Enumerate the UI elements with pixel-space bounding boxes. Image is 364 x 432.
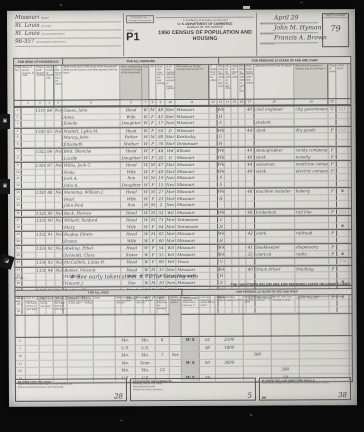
sample-column-header: Money earned in own business or farm in … — [243, 296, 271, 336]
has-job-cell — [239, 259, 246, 265]
looking-for-work-cell — [232, 251, 239, 257]
industry-cell — [295, 195, 329, 201]
naturalized-cell — [210, 237, 218, 243]
hours-worked-cell: 40 — [246, 148, 255, 154]
census-title: 1950 CENSUS OF POPULATION AND HOUSING — [156, 29, 254, 42]
occupation-cell: clerk — [255, 127, 295, 133]
birthplace-cell: Missouri — [176, 245, 210, 251]
age-cell: 45 — [157, 114, 166, 120]
weeks-worked-cell: 50 — [200, 359, 216, 366]
occupation-cell — [255, 201, 295, 207]
veteran-office-cell — [300, 351, 350, 358]
line-number: 15 — [15, 203, 22, 209]
column-header: What is the name of the head of this hou… — [62, 65, 120, 99]
class-of-worker-cell: P — [329, 168, 337, 174]
occupation-cell: stenographer — [255, 147, 295, 153]
sex-cell: F — [150, 120, 157, 126]
wages-income-cell — [216, 367, 244, 374]
sample-column-header: Was he living in this same house a year … — [25, 297, 39, 337]
looking-for-work-cell — [232, 202, 239, 208]
worked-cell — [225, 175, 232, 181]
activity-cell: Wk — [218, 251, 225, 257]
has-job-cell — [239, 154, 246, 160]
hours-worked-cell — [246, 181, 255, 187]
worked-cell — [225, 209, 232, 215]
office-ref-cell — [337, 147, 349, 153]
sex-cell: M — [149, 107, 156, 113]
sample-lines-table: FOR ALL AGES FOR PERSONS 14 YEARS OF AGE… — [14, 288, 352, 384]
looking-for-work-cell — [232, 134, 239, 140]
industry-cell — [295, 133, 329, 139]
column-number: 19 — [294, 99, 328, 104]
industry-cell — [295, 237, 329, 243]
sex-cell: M — [150, 175, 157, 181]
sex-cell: F — [150, 224, 157, 230]
column-number: 4 — [54, 101, 62, 106]
finished-grade-cell: Yes — [170, 352, 182, 359]
farm-cell: No — [55, 232, 63, 238]
looking-for-work-cell — [232, 168, 239, 174]
serial-number-cell — [46, 176, 55, 182]
notes-line: NOTES — # See early taken sheet # 78 for… — [14, 271, 350, 283]
street-cell — [22, 176, 36, 182]
worked-cell — [225, 189, 232, 195]
serial-number-cell — [46, 141, 55, 147]
sex-cell: M — [150, 189, 157, 195]
house-number-cell: 1324 — [36, 163, 46, 169]
house-number-cell: 1320 — [36, 128, 46, 134]
industry-cell: railroad — [295, 230, 329, 236]
house-number-cell — [36, 176, 46, 182]
industry-cell: novelty — [295, 154, 329, 160]
name-cell: Muncy, John — [63, 134, 121, 140]
naturalized-cell — [210, 231, 218, 237]
relationship-cell: Head — [121, 189, 143, 195]
has-job-cell — [239, 140, 246, 146]
worked-cell — [225, 127, 232, 133]
sex-cell: F — [150, 245, 157, 251]
marital-status-cell: Mar — [166, 217, 176, 223]
street-cell — [22, 210, 36, 216]
veteran-office-cell — [300, 366, 350, 373]
relationship-cell: Wife — [121, 238, 143, 244]
race-cell: W — [143, 224, 150, 230]
worked-cell — [225, 202, 232, 208]
line-number: 20 — [15, 238, 22, 244]
worked-cell — [225, 134, 232, 140]
finished-grade-cell — [170, 367, 182, 374]
film-edge-chip — [243, 6, 250, 9]
sex-cell: M — [150, 162, 157, 168]
state-year-ago-cell — [94, 367, 116, 374]
same-house-cell — [26, 345, 40, 352]
age-cell: 48 — [156, 107, 165, 113]
occupation-cell — [255, 174, 295, 180]
birthplace-cell: Missouri — [176, 231, 210, 237]
column-header: Leave blank — [336, 64, 348, 98]
has-job-cell — [239, 245, 246, 251]
occupation-cell: student — [255, 119, 295, 125]
age-cell: 19 — [157, 175, 166, 181]
house-number-cell — [36, 121, 46, 127]
occupation-cell — [255, 237, 295, 243]
enumeration-fields: April 29 (Enumerated by me on) John M. H… — [257, 12, 349, 55]
worked-cell — [225, 120, 232, 126]
serial-number-cell — [46, 114, 55, 120]
column-header: Is this house on a farm (or ranch)? — [54, 66, 62, 100]
film-edge-mark: ▣ — [0, 114, 10, 129]
father-birthplace-cell: Mo. — [116, 352, 136, 359]
hours-worked-cell — [246, 237, 255, 243]
worked-cell — [225, 231, 232, 237]
marital-status-cell: Nev — [166, 182, 176, 188]
sample-line-number: 17 — [16, 360, 26, 367]
race-cell: W — [143, 202, 150, 208]
sample-line-number: 2 — [16, 338, 26, 345]
industry-cell — [295, 181, 329, 187]
age-cell: 2 — [157, 202, 166, 208]
class-of-worker-cell — [329, 133, 337, 139]
naturalized-cell — [210, 195, 218, 201]
relationship-cell: Head — [121, 210, 143, 216]
age-cell: 27 — [157, 189, 166, 195]
enumeration-line: April 29 (Enumerated by me on) — [260, 13, 318, 23]
confidential-label: CONFIDENTIAL — Penalty for disclosure — [126, 15, 154, 23]
house-number-cell: 1330 — [36, 218, 46, 224]
activity-cell: S — [218, 181, 225, 187]
sheet-number-label: SHEET NUMBER — [323, 14, 348, 18]
looking-for-work-cell — [232, 181, 239, 187]
office-ref-cell — [337, 174, 349, 180]
birthplace-cell: Missouri — [176, 181, 210, 187]
column-number: 2 — [35, 101, 45, 106]
office-ref-cell — [337, 244, 349, 250]
line-number: 13 — [15, 190, 22, 196]
looking-for-work-cell — [232, 245, 239, 251]
marital-status-cell: Mar — [166, 189, 176, 195]
serial-number-cell — [46, 121, 55, 127]
office-ref-cell — [337, 168, 349, 174]
class-of-worker-cell: P — [329, 188, 337, 194]
activity-cell: Wk — [218, 162, 225, 168]
office-ref-cell: 253 — [337, 209, 349, 215]
worked-cell — [225, 237, 232, 243]
column-header: How many hours did he work last week? — [245, 65, 254, 99]
column-number — [14, 101, 21, 106]
on-farm-cell — [40, 345, 54, 352]
age-cell: 54 — [157, 245, 166, 251]
column-header: Enter relationship of person to head of … — [120, 65, 142, 99]
location-fields: Missouri (State) St. Louis (County) St. … — [13, 13, 124, 57]
line-number: 10 — [15, 169, 22, 175]
naturalized-cell — [210, 140, 218, 146]
has-job-cell — [239, 223, 246, 229]
column-number: 11 — [175, 100, 209, 105]
line-number: 23 — [15, 260, 22, 266]
business-income-cell — [244, 359, 272, 366]
office-ref-cell: 252 — [337, 127, 349, 133]
industry-cell: city government — [294, 106, 328, 112]
activity-cell: Wk — [218, 127, 225, 133]
attended-school-cell — [182, 352, 200, 359]
class-of-worker-cell — [329, 223, 337, 229]
serial-number-cell: 86 — [46, 149, 55, 155]
sex-cell: F — [150, 259, 157, 265]
activity-cell: U — [218, 259, 225, 265]
relationship-cell: Son — [121, 202, 143, 208]
serial-number-cell — [46, 238, 55, 244]
name-cell: Willard, Sanford — [63, 217, 121, 223]
farm-cell — [55, 169, 63, 175]
house-number-cell — [36, 252, 46, 258]
class-of-worker-cell — [329, 258, 337, 264]
weeks-worked-cell — [200, 352, 216, 359]
notes-text: # See early taken sheet # 78 for housing… — [70, 273, 350, 280]
same-county-cell — [54, 360, 68, 367]
serial-number-cell: 90 — [46, 218, 55, 224]
office-ref-cell — [337, 133, 349, 139]
occupation-cell — [255, 113, 295, 119]
occupation-cell — [255, 195, 295, 201]
hours-worked-cell: 41 — [246, 245, 255, 251]
has-job-cell — [239, 189, 246, 195]
mother-birthplace-cell: Tenn. — [136, 360, 156, 367]
street-cell — [22, 155, 36, 161]
hours-worked-cell: 40 — [246, 168, 255, 174]
name-cell: Mullett, Lydia M. — [63, 128, 121, 134]
business-income-cell — [244, 337, 272, 344]
house-number-cell: 1328 — [36, 210, 46, 216]
birthplace-cell: Missouri — [175, 107, 209, 113]
hours-worked-cell — [246, 195, 255, 201]
occupation-cell — [255, 258, 295, 264]
sex-cell: F — [150, 169, 157, 175]
hours-worked-cell — [246, 202, 255, 208]
relationship-cell: Head — [121, 231, 143, 237]
has-job-cell — [239, 168, 246, 174]
looking-for-work-cell — [232, 154, 239, 160]
office-ref-cell: 254 — [337, 258, 349, 264]
farm-cell: No — [55, 246, 63, 252]
column-number: 18 — [254, 99, 294, 104]
industry-cell — [295, 113, 329, 119]
column-number: 14 — [224, 100, 231, 105]
looking-for-work-cell — [232, 231, 239, 237]
farm-cell: No — [54, 108, 62, 114]
sample-column-header: Has he attended school since February 1? — [181, 296, 199, 336]
looking-for-work-cell — [232, 259, 239, 265]
marital-status-cell: Mar — [166, 141, 176, 147]
naturalized-cell — [210, 202, 218, 208]
relationship-cell: Head — [121, 245, 143, 251]
serial-number-cell: 85 — [46, 128, 55, 134]
worked-cell — [225, 195, 232, 201]
office-ref-cell: ⊕ — [337, 251, 349, 257]
industry-cell — [295, 201, 329, 207]
race-cell: W — [143, 217, 150, 223]
sample-column-header: What country was his father born in? — [115, 296, 135, 336]
business-income-cell — [244, 367, 272, 374]
worked-cell — [225, 181, 232, 187]
on-farm-cell — [40, 360, 54, 367]
name-cell: Mary — [63, 224, 121, 230]
looking-for-work-cell — [232, 195, 239, 201]
race-cell: W — [143, 210, 150, 216]
sex-cell: F — [150, 196, 157, 202]
birthplace-cell: Missouri — [176, 127, 210, 133]
farm-cell — [55, 135, 63, 141]
race-cell: W — [143, 196, 150, 202]
veteran-office-cell — [300, 336, 350, 343]
house-number-cell: 1326 — [36, 190, 46, 196]
name-cell: McCubbin, Lizzie B. — [63, 259, 121, 265]
farm-cell: No — [55, 149, 63, 155]
weeks-worked-cell — [200, 367, 216, 374]
marital-status-cell: Mar — [166, 231, 176, 237]
hours-worked-cell — [246, 134, 255, 140]
age-cell: 80 — [157, 134, 166, 140]
street-cell — [22, 252, 36, 258]
street-cell — [22, 149, 36, 155]
same-house-cell — [26, 353, 40, 360]
has-job-cell — [239, 237, 246, 243]
sex-cell: F — [150, 155, 157, 161]
sex-cell: M — [150, 231, 157, 237]
sheet-number-value: 79 — [323, 24, 348, 33]
class-of-worker-cell: P — [329, 209, 337, 215]
highest-grade-cell — [156, 345, 170, 352]
house-number-cell: 1322 — [36, 149, 46, 155]
looking-for-work-cell — [232, 209, 239, 215]
veteran-office-cell — [300, 344, 350, 351]
has-job-cell — [239, 120, 246, 126]
birthplace-cell: Missouri — [176, 189, 210, 195]
line-number: 17 — [15, 218, 22, 224]
age-cell: 71 — [157, 217, 166, 223]
wages-income-cell: 1800 — [216, 344, 244, 351]
industry-cell — [295, 216, 329, 222]
sample-column-header: Money earned as wages or salary in 1949 — [215, 296, 243, 336]
worked-cell — [225, 251, 232, 257]
name-cell: Pearl — [63, 196, 121, 202]
sex-cell: F — [150, 148, 157, 154]
farm-cell — [55, 141, 63, 147]
column-number: 13 — [217, 100, 224, 105]
marital-status-cell: Mar — [166, 238, 176, 244]
birthplace-cell: Missouri — [176, 251, 210, 257]
attended-school-cell — [182, 367, 200, 374]
business-income-cell — [244, 344, 272, 351]
office-ref-cell — [337, 216, 349, 222]
footer-tally: 5 — [247, 392, 252, 400]
relationship-cell: Daughter — [121, 182, 143, 188]
naturalized-cell — [210, 181, 218, 187]
other-income-cell — [272, 359, 300, 366]
age-cell: 64 — [157, 224, 166, 230]
activity-cell: H — [218, 223, 225, 229]
street-cell — [22, 196, 36, 202]
house-number-cell — [36, 155, 46, 161]
name-cell: Beck, Horace — [63, 210, 121, 216]
film-speck — [60, 4, 62, 6]
looking-for-work-cell — [232, 162, 239, 168]
relationship-cell: Sister — [121, 252, 143, 258]
footer-box-body: Check your listings and enter totals for… — [262, 382, 348, 385]
sample-column-header: What country was his mother born in? — [135, 296, 155, 336]
hours-worked-cell: 44 — [246, 127, 255, 133]
marital-status-cell: Nev — [166, 175, 176, 181]
looking-for-work-cell — [232, 175, 239, 181]
industry-cell: dry goods — [295, 127, 329, 133]
title-block: CONFIDENTIAL — Penalty for disclosure FO… — [124, 13, 257, 57]
location-line: 96-357 (Enumeration District No.) — [15, 38, 121, 47]
street-cell — [22, 246, 36, 252]
birthplace-cell: Missouri — [176, 113, 210, 119]
office-ref-cell: ⊕ — [337, 223, 349, 229]
column-number: 8 — [149, 100, 156, 105]
house-number-cell: 1318 — [35, 108, 45, 114]
office-use-label: FOR OFFICE USE ONLY — [18, 400, 48, 402]
age-cell: 40 — [157, 169, 166, 175]
worked-cell — [225, 113, 232, 119]
occupation-cell: clerk — [255, 168, 295, 174]
state-year-ago-cell — [94, 345, 116, 352]
farm-cell — [55, 252, 63, 258]
street-cell — [22, 203, 36, 209]
name-cell: Abeling, Ethel — [63, 245, 121, 251]
naturalized-cell — [210, 148, 218, 154]
footer-box-body: Dwelling units on this sheet Nonresident… — [133, 383, 253, 392]
marital-status-cell: Nev — [166, 202, 176, 208]
race-cell: W — [143, 114, 150, 120]
column-header: Class of worker — [328, 64, 336, 98]
footer-box: IF THIS IS THE LAST SHEET FOR THIS E.D. … — [259, 377, 351, 400]
name-cell: Jack A. — [63, 175, 121, 181]
naturalized-cell — [209, 107, 217, 113]
name-cell: Julia A. — [63, 182, 121, 188]
race-cell: W — [143, 155, 150, 161]
industry-cell: radio — [295, 251, 329, 257]
highest-grade-cell: 8 — [156, 337, 170, 344]
census-form-page: Missouri (State) St. Louis (County) St. … — [7, 9, 357, 407]
naturalized-cell — [210, 113, 218, 119]
class-of-worker-cell: P — [329, 127, 337, 133]
age-cell: 63 — [157, 231, 166, 237]
office-ref-cell — [337, 161, 349, 167]
naturalized-cell — [210, 120, 218, 126]
sample-column-headers: Sample lineWas he living in this same ho… — [15, 295, 351, 338]
microfilm-scan: Missouri (State) St. Louis (County) St. … — [0, 0, 364, 432]
street-cell — [22, 232, 36, 238]
column-number: 6 — [120, 100, 142, 105]
industry-cell — [295, 140, 329, 146]
column-number: 5 — [62, 100, 120, 105]
office-ref-cell — [337, 195, 349, 201]
house-number-cell: 1332 — [36, 232, 46, 238]
line-number: 4 — [15, 128, 22, 134]
sex-cell: M — [150, 134, 157, 140]
marital-status-cell: Nev — [166, 120, 176, 126]
activity-cell: U — [218, 134, 225, 140]
occupation-cell: clerk — [255, 154, 295, 160]
office-ref-cell — [337, 181, 349, 187]
farm-cell — [55, 155, 63, 161]
other-income-cell: 580 — [272, 366, 300, 373]
naturalized-cell — [210, 189, 218, 195]
column-number: 9 — [156, 100, 165, 105]
other-income-cell — [272, 344, 300, 351]
sample-line-number: 22 — [16, 368, 26, 375]
